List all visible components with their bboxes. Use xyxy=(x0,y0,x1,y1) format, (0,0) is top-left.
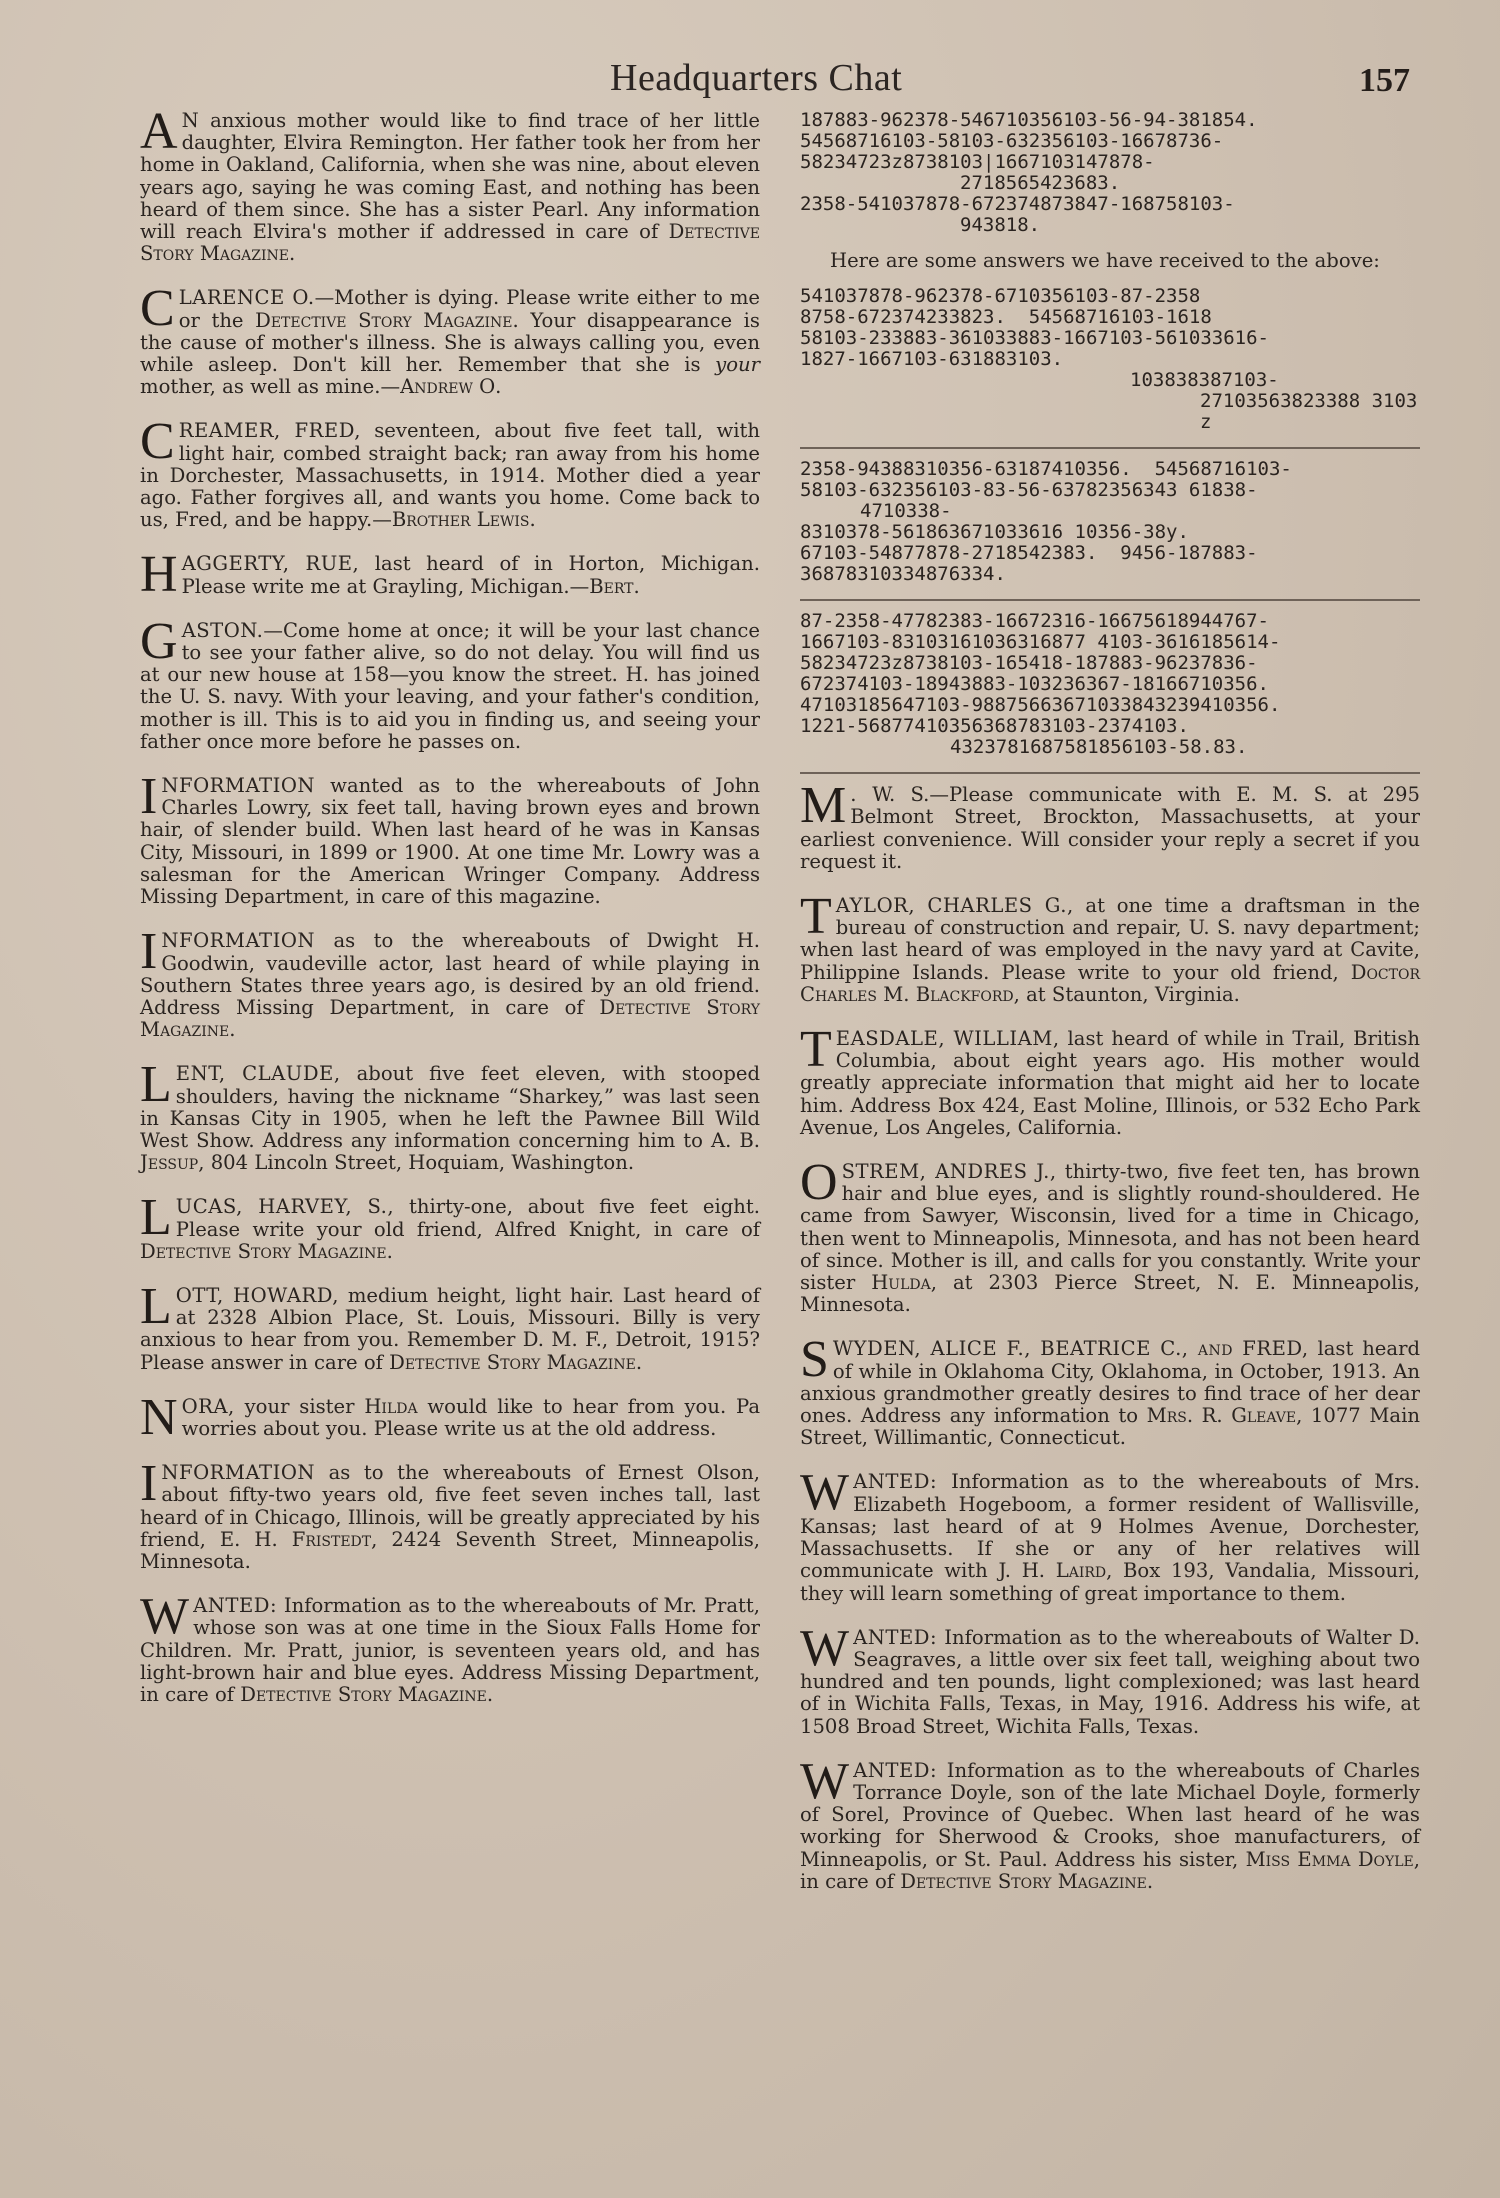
drop-cap: I xyxy=(140,932,157,972)
notice: OSTREM, ANDRES J., thirty-two, five feet… xyxy=(800,1161,1420,1316)
notice-text: , 804 Lincoln Street, Hoquiam, Washingto… xyxy=(198,1151,634,1174)
drop-cap: I xyxy=(140,777,157,817)
notice-heading: N xyxy=(182,109,200,132)
drop-cap: M xyxy=(800,786,846,826)
drop-cap: H xyxy=(140,555,178,595)
notice-text: , at Staunton, Virginia. xyxy=(1014,983,1240,1006)
cipher-line: 58103-632356103-83-56-63782356343 61838- xyxy=(800,480,1420,501)
answers-note: Here are some answers we have received t… xyxy=(800,250,1420,272)
punctuation: . xyxy=(634,575,640,598)
drop-cap: C xyxy=(140,289,175,329)
cipher-line: 541037878-962378-6710356103-87-2358 xyxy=(800,286,1420,307)
page-number: 157 xyxy=(1359,62,1410,100)
notice-text: your sister xyxy=(235,1395,365,1418)
notice-heading: ANTED: xyxy=(853,1759,937,1782)
drop-cap: C xyxy=(140,422,175,462)
left-column: AN anxious mother would like to find tra… xyxy=(140,110,760,1728)
cipher-line: 87-2358-47782383-16672316-16675618944767… xyxy=(800,611,1420,632)
drop-cap: L xyxy=(140,1065,172,1105)
notice: WANTED: Information as to the whereabout… xyxy=(800,1627,1420,1738)
cipher-line: 103838387103- xyxy=(800,370,1420,391)
notice-heading: . xyxy=(850,783,857,806)
cipher-line: 67103-54877878-2718542383. 9456-187883- xyxy=(800,543,1420,564)
cipher-line: 27103563823388 3103z xyxy=(800,391,1420,433)
small-caps-name: Jessup xyxy=(140,1151,198,1174)
cipher-line: 47103185647103-9887566367103384323941035… xyxy=(800,695,1420,716)
punctuation: . xyxy=(289,242,295,265)
drop-cap: N xyxy=(140,1398,178,1438)
punctuation: . xyxy=(1147,1870,1153,1893)
cipher-line: 1221-56877410356368783103-2374103. xyxy=(800,716,1420,737)
notice-heading: AYLOR, CHARLES G., xyxy=(836,894,1074,917)
cipher-message: 187883-962378-546710356103-56-94-381854.… xyxy=(800,110,1420,236)
notice-text: W. S.—Please communicate with E. M. S. a… xyxy=(800,783,1420,873)
notice-text: mother, as well as mine.— xyxy=(140,375,400,398)
small-caps-name: Hulda xyxy=(871,1271,931,1294)
punctuation: . xyxy=(495,375,501,398)
drop-cap: S xyxy=(800,1340,829,1380)
small-caps-name: Hilda xyxy=(364,1395,417,1418)
punctuation: . xyxy=(530,508,536,531)
notice-heading: AGGERTY, RUE, xyxy=(182,552,360,575)
magazine-page: Headquarters Chat 157 AN anxious mother … xyxy=(0,0,1500,2198)
cipher-line: 1827-1667103-631883103. xyxy=(800,349,1420,370)
notice: INFORMATION as to the whereabouts of Dwi… xyxy=(140,930,760,1041)
signature: Bert xyxy=(589,575,633,598)
drop-cap: I xyxy=(140,1464,157,1504)
cipher-line: 58234723z8738103|1667103147878- xyxy=(800,152,1420,173)
cipher-line: 36878310334876334. xyxy=(800,564,1420,585)
drop-cap: W xyxy=(800,1629,849,1669)
notice-heading: NFORMATION xyxy=(161,929,315,952)
notice-heading: EASDALE, WILLIAM, xyxy=(836,1027,1060,1050)
notice: M. W. S.—Please communicate with E. M. S… xyxy=(800,784,1420,873)
notice: LOTT, HOWARD, medium height, light hair.… xyxy=(140,1285,760,1374)
cipher-line: 2358-94388310356-63187410356. 5456871610… xyxy=(800,459,1420,480)
cipher-line: 54568716103-58103-632356103-16678736- xyxy=(800,131,1420,152)
drop-cap: A xyxy=(140,112,178,152)
notice: TAYLOR, CHARLES G., at one time a drafts… xyxy=(800,895,1420,1006)
notice-heading: ANTED: xyxy=(193,1594,277,1617)
notice: CLARENCE O.—Mother is dying. Please writ… xyxy=(140,287,760,398)
small-caps-name: Mrs. R. Gleave xyxy=(1147,1404,1296,1427)
small-caps-name: Fristedt xyxy=(292,1528,371,1551)
notice-heading: REAMER, FRED, xyxy=(179,419,361,442)
notice-heading: NFORMATION xyxy=(161,774,315,797)
notice-heading: ANTED: xyxy=(853,1470,937,1493)
drop-cap: L xyxy=(140,1287,172,1327)
drop-cap: W xyxy=(800,1762,849,1802)
notice-heading: ASTON. xyxy=(182,619,264,642)
cipher-line: 4323781687581856103-58.83. xyxy=(800,737,1420,758)
small-caps-name: Detective Story Magazine xyxy=(255,309,512,332)
drop-cap: W xyxy=(800,1473,849,1513)
signature: Detective Story Magazine xyxy=(240,1683,487,1706)
cipher-answer: 541037878-962378-6710356103-87-23588758-… xyxy=(800,286,1420,433)
punctuation: . xyxy=(229,1018,235,1041)
signature: Brother Lewis xyxy=(392,508,530,531)
notice: INFORMATION wanted as to the whereabouts… xyxy=(140,775,760,908)
cipher-line: 58103-233883-361033883-1667103-561033616… xyxy=(800,328,1420,349)
divider xyxy=(800,772,1420,774)
cipher-line: 4710338- xyxy=(800,501,1420,522)
notice-heading: WYDEN, ALICE F., BEATRICE C., and FRED, xyxy=(833,1337,1309,1360)
notice: INFORMATION as to the whereabouts of Ern… xyxy=(140,1462,760,1573)
page-header: Headquarters Chat 157 xyxy=(140,52,1410,112)
drop-cap: G xyxy=(140,622,178,662)
notice-heading: LARENCE O. xyxy=(179,286,315,309)
drop-cap: O xyxy=(800,1163,838,1203)
divider xyxy=(800,447,1420,449)
notice: SWYDEN, ALICE F., BEATRICE C., and FRED,… xyxy=(800,1338,1420,1449)
punctuation: . xyxy=(487,1683,493,1706)
drop-cap: T xyxy=(800,897,832,937)
notice: WANTED: Information as to the whereabout… xyxy=(140,1595,760,1706)
divider xyxy=(800,599,1420,601)
notice-heading: ENT, CLAUDE, xyxy=(176,1062,341,1085)
drop-cap: L xyxy=(140,1198,172,1238)
notice: WANTED: Information as to the whereabout… xyxy=(800,1760,1420,1893)
notice: LENT, CLAUDE, about five feet eleven, wi… xyxy=(140,1063,760,1174)
small-caps-name: Miss Emma Doyle xyxy=(1246,1848,1414,1871)
signature: Detective Story Magazine xyxy=(389,1351,636,1374)
notice: TEASDALE, WILLIAM, last heard of while i… xyxy=(800,1028,1420,1139)
notice: LUCAS, HARVEY, S., thirty-one, about fiv… xyxy=(140,1196,760,1263)
small-caps-name: Laird xyxy=(1056,1559,1106,1582)
cipher-line: 187883-962378-546710356103-56-94-381854. xyxy=(800,110,1420,131)
punctuation: . xyxy=(387,1240,393,1263)
notice-heading: ANTED: xyxy=(853,1626,937,1649)
notice-heading: UCAS, HARVEY, S., xyxy=(176,1195,394,1218)
cipher-line: 943818. xyxy=(800,215,1420,236)
notice: WANTED: Information as to the whereabout… xyxy=(800,1471,1420,1604)
running-title: Headquarters Chat xyxy=(610,56,902,100)
cipher-line: 8310378-561863671033616 10356-38y. xyxy=(800,522,1420,543)
cipher-line: 2718565423683. xyxy=(800,173,1420,194)
notice: AN anxious mother would like to find tra… xyxy=(140,110,760,265)
notice: NORA, your sister Hilda would like to he… xyxy=(140,1396,760,1440)
cipher-answer: 87-2358-47782383-16672316-16675618944767… xyxy=(800,611,1420,758)
drop-cap: W xyxy=(140,1597,189,1637)
notice: HAGGERTY, RUE, last heard of in Horton, … xyxy=(140,553,760,597)
notice-heading: OTT, HOWARD, xyxy=(176,1284,339,1307)
emphasis: your xyxy=(715,353,760,376)
notice-heading: STREM, ANDRES J., xyxy=(842,1160,1057,1183)
cipher-line: 8758-672374233823. 54568716103-1618 xyxy=(800,307,1420,328)
signature: Detective Story Magazine xyxy=(140,1240,387,1263)
notice-heading: NFORMATION xyxy=(161,1461,315,1484)
notice: CREAMER, FRED, seventeen, about five fee… xyxy=(140,420,760,531)
punctuation: . xyxy=(636,1351,642,1374)
drop-cap: T xyxy=(800,1030,832,1070)
signature: Andrew O xyxy=(400,375,495,398)
cipher-answer: 2358-94388310356-63187410356. 5456871610… xyxy=(800,459,1420,585)
right-notices: M. W. S.—Please communicate with E. M. S… xyxy=(800,784,1420,1893)
cipher-line: 672374103-18943883-103236367-18166710356… xyxy=(800,674,1420,695)
signature: Detective Story Magazine xyxy=(900,1870,1147,1893)
notice-text: anxious mother would like to find trace … xyxy=(140,109,760,243)
cipher-line: 1667103-83103161036316877 4103-361618561… xyxy=(800,632,1420,653)
cipher-line: 58234723z8738103-165418-187883-96237836- xyxy=(800,653,1420,674)
notice-heading: ORA, xyxy=(182,1395,235,1418)
notice: GASTON.—Come home at once; it will be yo… xyxy=(140,620,760,753)
cipher-line: 2358-541037878-672374873847-168758103- xyxy=(800,194,1420,215)
right-column: 187883-962378-546710356103-56-94-381854.… xyxy=(800,110,1420,1915)
